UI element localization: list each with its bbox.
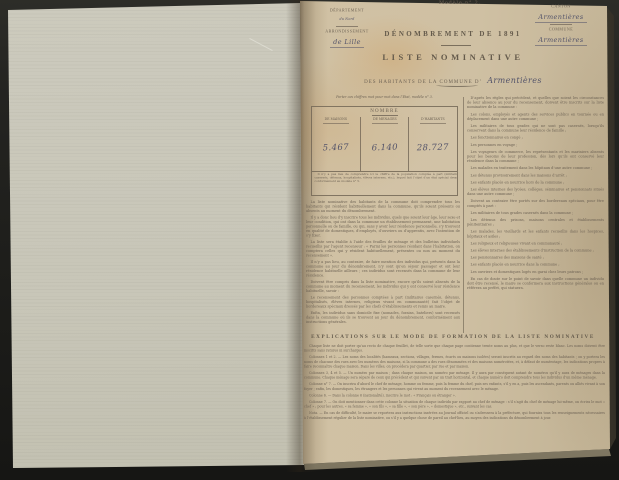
table-instruction-text: Porter ces chiffres mot pour mot dans l’…: [311, 95, 458, 99]
paragraph: Les enfants placés en nourrice hors de l…: [467, 180, 604, 185]
paper-crease: [249, 38, 272, 51]
summary-table: NOMBRE DE MAISONS 5.467 DE MÉNAGES 6.140…: [311, 106, 458, 196]
paragraph: La liste sera établie à l’aide des feuil…: [306, 240, 460, 258]
right-column-text: D’après les règles qui précèdent, et que…: [467, 96, 604, 291]
paragraph: Colonne n° 7. — On inscrira d’abord le c…: [304, 382, 605, 391]
paragraph: Les colons, employés et agents des servi…: [467, 112, 604, 121]
left-column-text: La liste nominative des habitants de la …: [306, 200, 460, 325]
paragraph: Doivent au contraire être portés sur des…: [467, 199, 604, 208]
paragraph: Les malades, les vieillards et les enfan…: [467, 230, 604, 239]
paragraph: Colonnes 3, 4 et 5. — Un numéro par mais…: [304, 371, 605, 380]
paragraph: Nota. — En cas de difficulté, le maire s…: [304, 411, 605, 420]
photo-background: Modèle n° 2. DÉPARTEMENT du Nord ARRONDI…: [0, 0, 619, 480]
divider-rule: [550, 24, 572, 25]
paragraph: Doivent être compris dans la liste nomin…: [306, 280, 460, 294]
table-footnote-text: Il n’y a pas lieu de comprendre ici le c…: [312, 172, 457, 185]
paragraph: Les détenus provisoirement dans les mais…: [467, 173, 604, 178]
title-rule: [441, 45, 471, 46]
canton-value: Armentières: [518, 13, 604, 23]
paragraph: Les pensionnaires des maisons de santé ;: [467, 256, 604, 261]
paragraph: Les élèves internes des établissements d…: [467, 249, 604, 254]
paragraph: La liste nominative des habitants de la …: [306, 200, 460, 214]
paragraph: En cas de doute sur le point de savoir d…: [467, 277, 604, 291]
paragraph: Il n’y a pas lieu, au contraire, de fair…: [306, 260, 460, 278]
paragraph: Les malades en traitement dans les hôpit…: [467, 166, 604, 171]
canton-commune-block: CANTON Armentières COMMUNE Armentières: [518, 4, 604, 46]
department-label: DÉPARTEMENT: [314, 8, 380, 13]
paragraph: Les militaires de tous grades casernés d…: [467, 211, 604, 216]
paragraph: Colonne 6. — Dans la colonne 6 (national…: [304, 393, 605, 398]
table-body: DE MAISONS 5.467 DE MÉNAGES 6.140 D’HABI…: [312, 117, 457, 171]
department-block: DÉPARTEMENT du Nord ARRONDISSEMENT de Li…: [314, 8, 380, 48]
table-cell-menages: DE MÉNAGES 6.140: [360, 117, 409, 171]
right-column-items: D’après les règles qui précèdent, et que…: [467, 96, 604, 333]
commune-handwritten: Armentières: [487, 76, 542, 85]
paragraph: Les religieux et religieuses vivant en c…: [467, 241, 604, 246]
canton-value-text: Armentières: [535, 13, 586, 23]
table-footnote: Il n’y a pas lieu de comprendre ici le c…: [312, 171, 457, 195]
department-value: du Nord: [314, 17, 380, 21]
column-header-menages: DE MÉNAGES: [361, 117, 409, 121]
paragraph: Colonne 7. — On doit mentionner dans cet…: [304, 400, 605, 409]
paragraph: Les voyageurs de commerce, les représent…: [467, 150, 604, 164]
paragraph: Les ouvriers et domestiques logés en gar…: [467, 270, 604, 275]
form-model-number: Modèle n° 2.: [420, 0, 500, 6]
column-header-maisons: DE MAISONS: [312, 117, 360, 121]
canton-label: CANTON: [518, 4, 604, 9]
arrondissement-value-text: de Lille: [330, 38, 364, 48]
paragraph: D’après les règles qui précèdent, et que…: [467, 96, 604, 110]
value-menages: 6.140: [360, 123, 408, 171]
table-title-rule: [372, 115, 398, 116]
paragraph: Les fonctionnaires en congé ;: [467, 136, 604, 141]
paragraph: Enfin, les individus sans domicile fixe …: [306, 311, 460, 325]
table-title: NOMBRE: [312, 107, 457, 114]
paragraph: Les personnes en voyage ;: [467, 143, 604, 148]
value-maisons: 5.467: [312, 123, 360, 171]
document-title: DÉNOMBREMENT DE 1891: [300, 30, 606, 38]
paragraph: Les détenus des prisons, maisons central…: [467, 218, 604, 227]
list-title: LISTE NOMINATIVE: [300, 52, 606, 62]
paragraph: Les enfants placés en nourrice dans la c…: [467, 263, 604, 268]
column-header-habitants: D’HABITANTS: [409, 117, 457, 121]
paragraph: Les élèves internes des lycées, collèges…: [467, 188, 604, 197]
divider-rule: [336, 26, 358, 27]
arrondissement-value: de Lille: [314, 38, 380, 48]
table-cell-maisons: DE MAISONS 5.467: [312, 117, 360, 171]
paragraph: Les militaires de tous grades qui ne son…: [467, 124, 604, 133]
table-instruction-note: Porter ces chiffres mot pour mot dans l’…: [311, 95, 458, 103]
paragraph: Colonnes 1 et 2. — Les noms des localité…: [304, 355, 605, 369]
explanations-text: Chaque liste ne doit porter qu’au recto …: [304, 344, 605, 420]
left-column-paragraphs: La liste nominative des habitants de la …: [306, 200, 460, 333]
column-divider: [463, 97, 464, 333]
explanations-heading: EXPLICATIONS SUR LE MODE DE FORMATION DE…: [300, 334, 606, 340]
paragraph: Le recensement des personnes comptées à …: [306, 296, 460, 310]
explanations-paragraphs: Chaque liste ne doit porter qu’au recto …: [304, 344, 605, 436]
ornament-flourish: [436, 83, 478, 87]
paragraph: Il y a donc lieu d’y inscrire tous les i…: [306, 216, 460, 239]
table-cell-habitants: D’HABITANTS 28.727: [408, 117, 457, 171]
paragraph: Chaque liste ne doit porter qu’au recto …: [304, 344, 605, 353]
value-habitants: 28.727: [409, 123, 457, 171]
